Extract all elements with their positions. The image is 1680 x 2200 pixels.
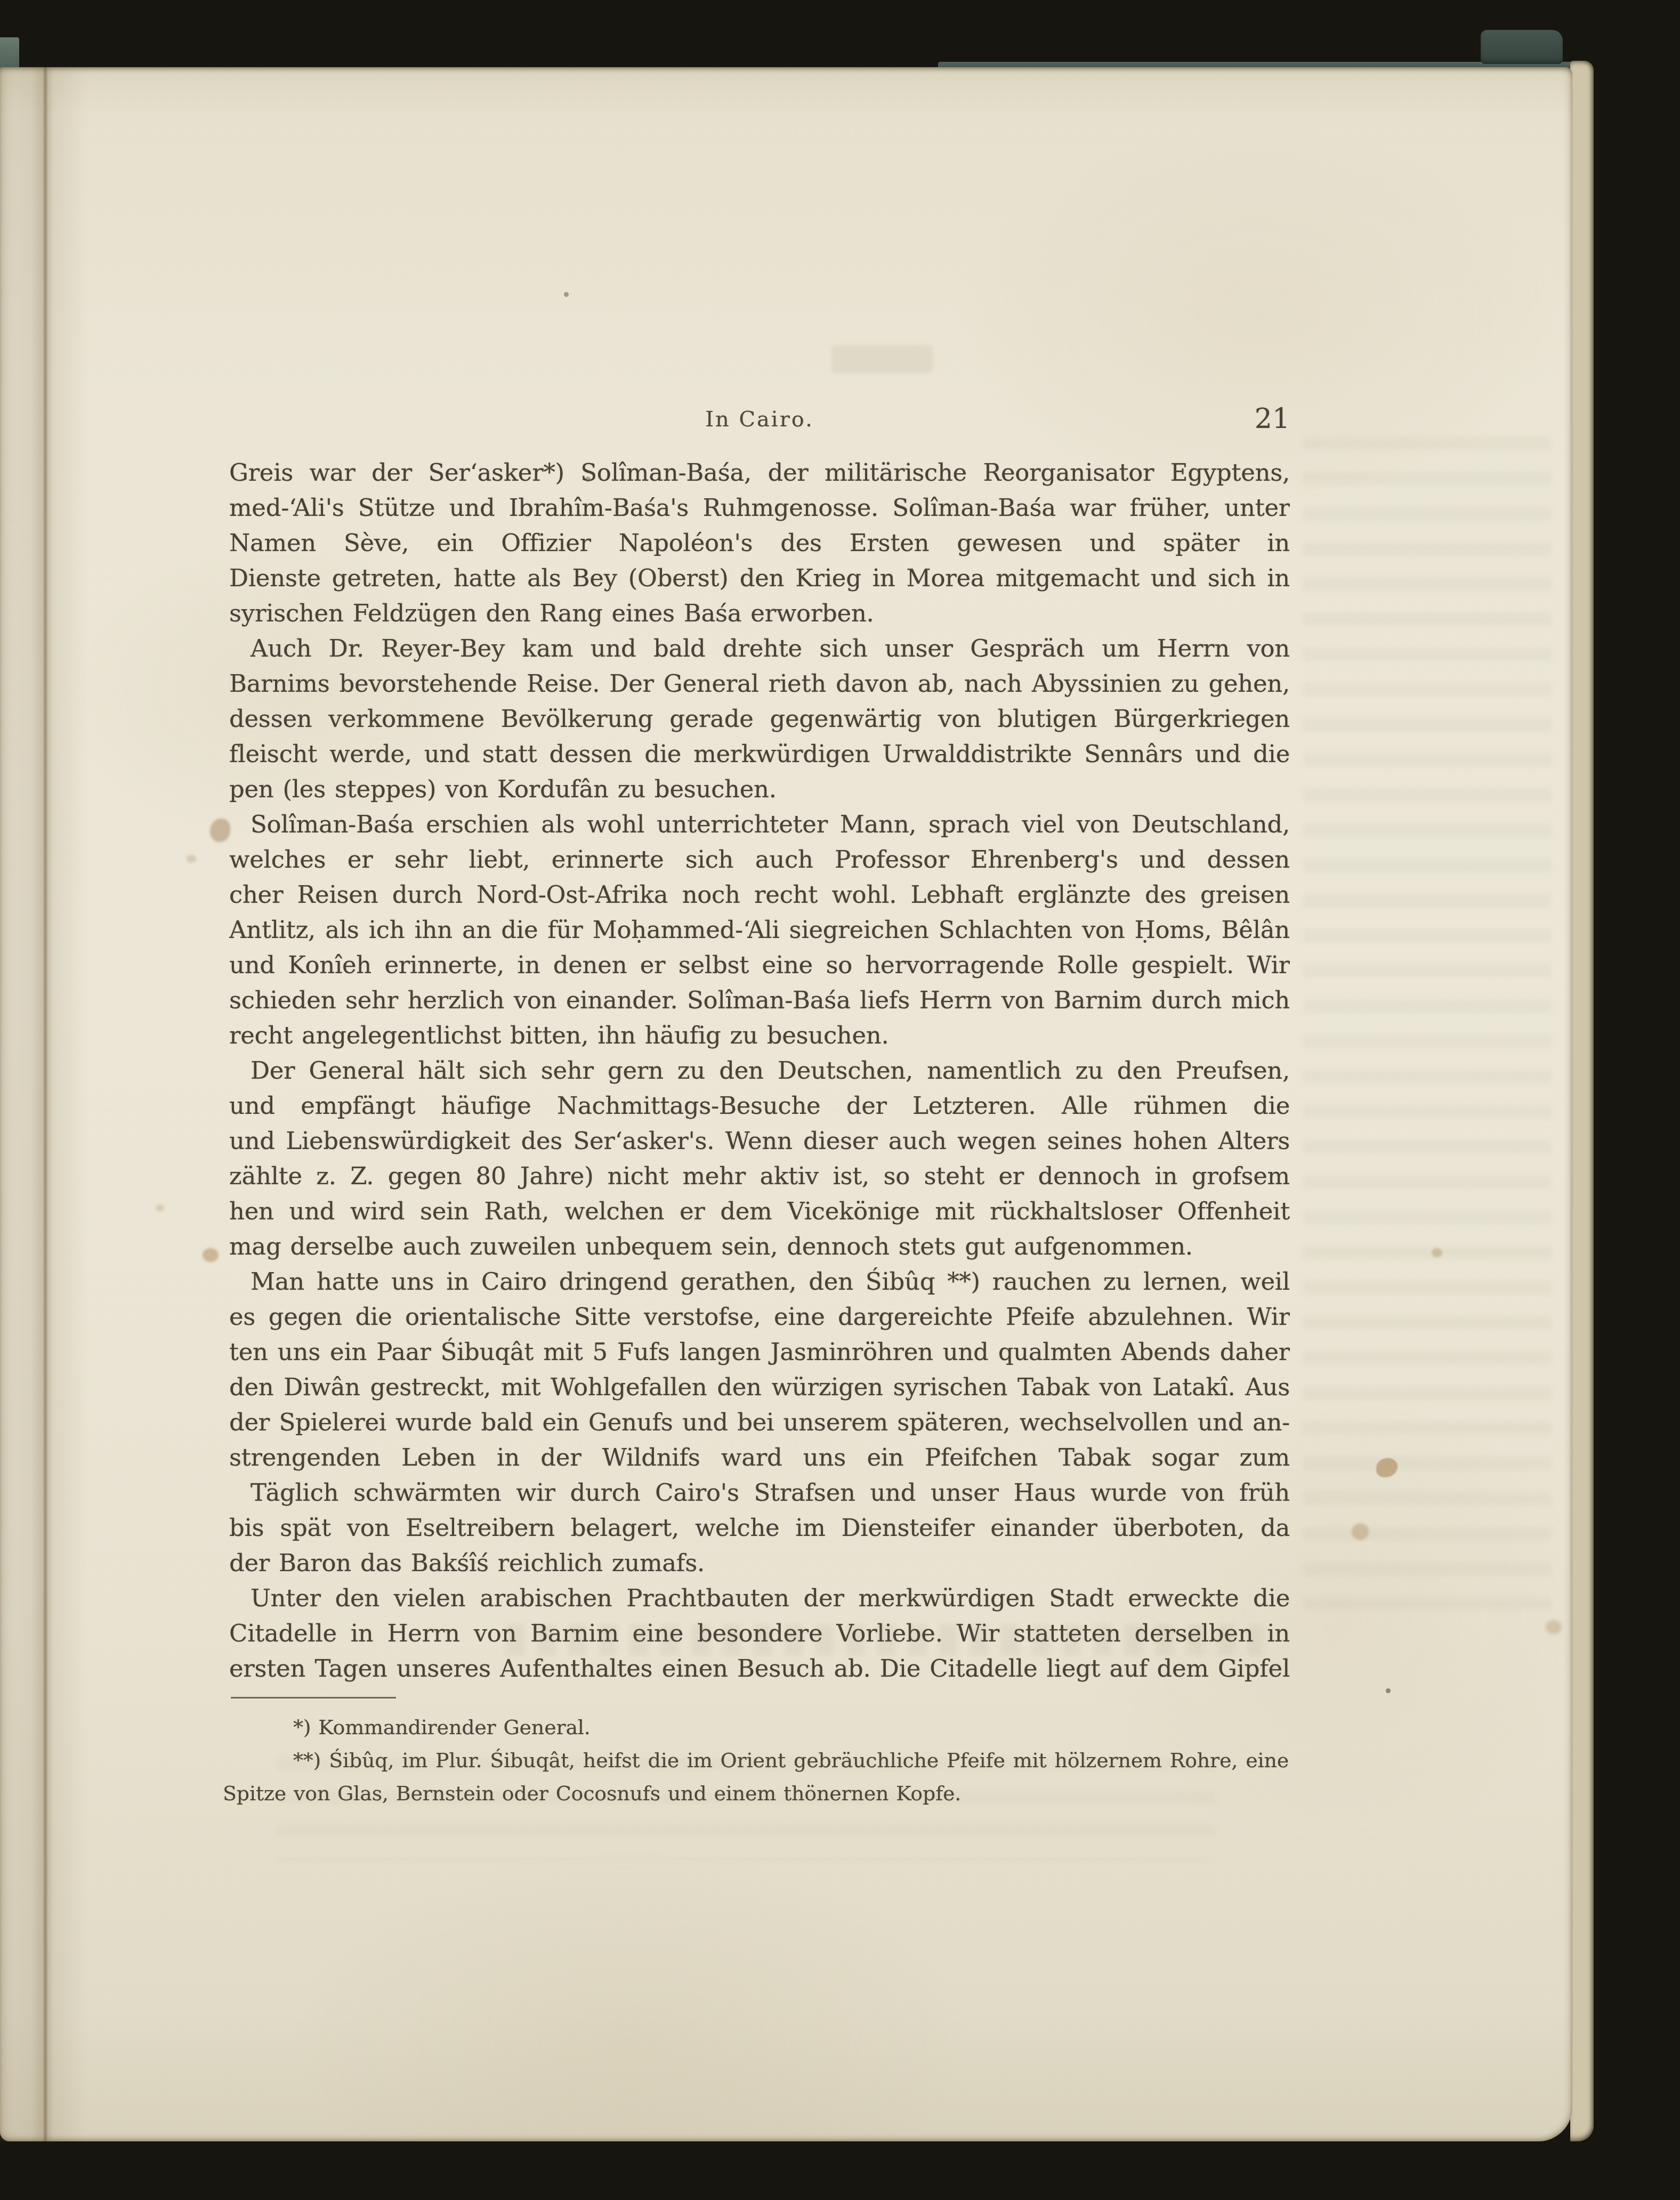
- foxing-stain: [210, 819, 230, 842]
- text-line: bis spät von Eseltreibern belagert, welc…: [229, 1510, 1290, 1546]
- text-line: und Liebenswürdigkeit des Ser‘asker's. W…: [229, 1123, 1290, 1159]
- gutter-shadow: [0, 67, 107, 2141]
- text-line: Unter den vielen arabischen Prachtbauten…: [229, 1581, 1290, 1616]
- text-line: Täglich schwärmten wir durch Cairo's Str…: [229, 1475, 1290, 1510]
- text-line: fleischt werde, und statt dessen die mer…: [229, 737, 1290, 772]
- running-title: In Cairo.: [229, 407, 1290, 432]
- text-line: strengenden Leben in der Wildnifs ward u…: [229, 1440, 1290, 1475]
- text-line: pen (les steppes) von Kordufân zu besuch…: [229, 772, 1290, 807]
- text-line: Der General hält sich sehr gern zu den D…: [229, 1053, 1290, 1088]
- text-line: ersten Tagen unseres Aufenthaltes einen …: [229, 1651, 1290, 1686]
- foxing-stain: [1352, 1523, 1369, 1540]
- footnote-line: Spitze von Glas, Bernstein oder Cocosnuf…: [223, 1777, 1289, 1810]
- text-line: der Spielerei wurde bald ein Genufs und …: [229, 1405, 1290, 1440]
- main-text-block: Greis war der Ser‘asker*) Solîman-Baśa, …: [229, 455, 1290, 1686]
- text-line: Solîman-Baśa erschien als wohl unterrich…: [229, 807, 1290, 842]
- show-through-header: [831, 345, 933, 373]
- text-line: Dienste getreten, hatte als Bey (Oberst)…: [229, 561, 1290, 596]
- text-line: ten uns ein Paar Śibuqât mit 5 Fufs lang…: [229, 1334, 1290, 1370]
- text-line: mag derselbe auch zuweilen unbequem sein…: [229, 1229, 1290, 1264]
- page-header: In Cairo. 21: [229, 402, 1290, 444]
- show-through-right-margin: [1303, 437, 1551, 1609]
- text-line: es gegen die orientalische Sitte verstof…: [229, 1299, 1290, 1334]
- text-line: recht angelegentlichst bitten, ihn häufi…: [229, 1018, 1290, 1053]
- book-cloth-top-left: [0, 37, 19, 70]
- text-line: Citadelle in Herrn von Barnim eine beson…: [229, 1616, 1290, 1651]
- text-line: cher Reisen durch Nord-Ost-Afrika noch r…: [229, 877, 1290, 912]
- foxing-stain: [187, 855, 196, 863]
- footnote-rule: [231, 1697, 396, 1698]
- text-line: Auch Dr. Reyer-Bey kam und bald drehte s…: [229, 631, 1290, 666]
- footnotes-block: *) Kommandirender General.**) Śibûq, im …: [223, 1711, 1289, 1810]
- text-line: schieden sehr herzlich von einander. Sol…: [229, 983, 1290, 1018]
- foxing-stain: [1546, 1620, 1562, 1634]
- text-line: Greis war der Ser‘asker*) Solîman-Baśa, …: [229, 455, 1290, 490]
- text-line: Antlitz, als ich ihn an die für Moḥammed…: [229, 912, 1290, 948]
- foxing-stain: [1376, 1458, 1398, 1477]
- footnote-line: **) Śibûq, im Plur. Śibuqât, heifst die …: [223, 1744, 1289, 1777]
- text-line: hen und wird sein Rath, welchen er dem V…: [229, 1194, 1290, 1229]
- text-line: und Konîeh erinnerte, in denen er selbst…: [229, 948, 1290, 983]
- foxing-stain: [156, 1204, 164, 1211]
- text-line: den Diwân gestreckt, mit Wohlgefallen de…: [229, 1370, 1290, 1405]
- text-line: welches er sehr liebt, erinnerte sich au…: [229, 842, 1290, 877]
- page-number: 21: [1255, 403, 1290, 435]
- page-stack-fore-edge: [1570, 61, 1594, 2141]
- book-page: In Cairo. 21 Greis war der Ser‘asker*) S…: [0, 67, 1572, 2141]
- foxing-stain: [564, 292, 569, 297]
- text-line: und empfängt häufige Nachmittags-Besuche…: [229, 1088, 1290, 1123]
- text-line: zählte z. Z. gegen 80 Jahre) nicht mehr …: [229, 1159, 1290, 1194]
- foxing-stain: [203, 1248, 219, 1262]
- footnote-line: *) Kommandirender General.: [223, 1711, 1289, 1744]
- text-line: med-‘Ali's Stütze und Ibrahîm-Baśa's Ruh…: [229, 490, 1290, 525]
- text-line: Namen Sève, ein Offizier Napoléon's des …: [229, 525, 1290, 561]
- foxing-stain: [1386, 1688, 1391, 1693]
- text-line: syrischen Feldzügen den Rang eines Baśa …: [229, 596, 1290, 631]
- foxing-stain: [1432, 1248, 1442, 1257]
- text-line: dessen verkommene Bevölkerung gerade geg…: [229, 701, 1290, 737]
- gutter-crease-line: [43, 67, 48, 2141]
- text-line: Barnims bevorstehende Reise. Der General…: [229, 666, 1290, 701]
- text-line: Man hatte uns in Cairo dringend gerathen…: [229, 1264, 1290, 1299]
- text-line: der Baron das Bakśîś reichlich zumafs.: [229, 1546, 1290, 1581]
- book-cloth-top-right: [1481, 30, 1563, 64]
